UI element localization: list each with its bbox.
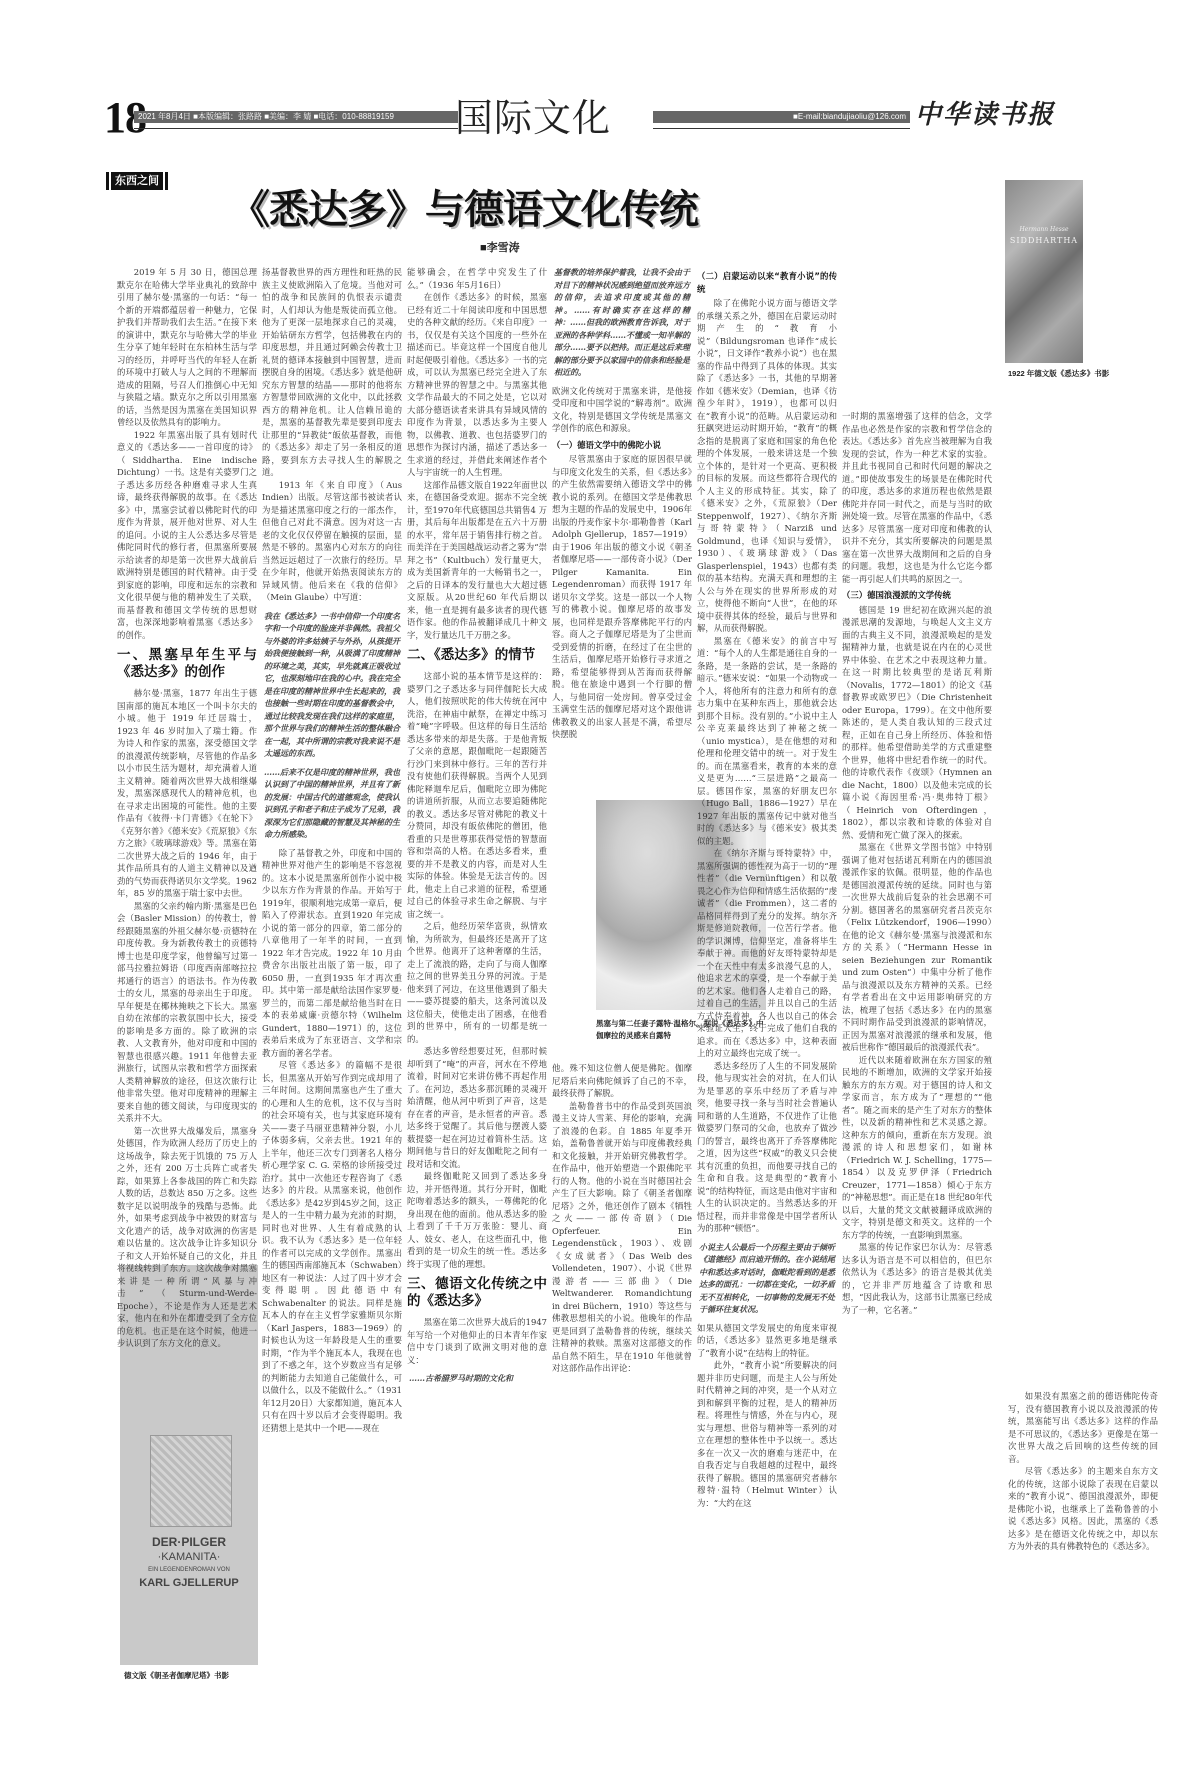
- paragraph: 德国是 19 世纪初在欧洲兴起的浪漫派思潮的发源地，与唤起人文主义方面的古典主义…: [842, 604, 992, 842]
- paragraph: 赫尔曼·黑塞，1877 年出生于德国南部的施瓦本地区一个叫卡尔夫的小城。他于 1…: [117, 687, 257, 900]
- paragraph: 如果从德国文学发展史的角度来审视的话，《悉达多》显然更多地是继承了“教育小说”在…: [697, 1322, 837, 1360]
- paragraph: 黑塞在《世界文学图书馆》中特别强调了他对包括诺瓦利斯在内的德国浪漫派作家的钦佩。…: [842, 841, 992, 1054]
- paragraph: 除了基督教之外，印度和中国的精神世界对他产生的影响是不容忽视的。这本小说是黑塞所…: [262, 847, 402, 1060]
- info-bar: 2021 年8月4日 ■本版编辑：张路路 ■美编：李 婧 ■电话：010-888…: [134, 111, 458, 123]
- text-column-4-continued: 他。殊不知这位僧人便是佛陀。伽摩尼塔后来向佛陀倾诉了自己的不幸，最终获得了解脱。…: [552, 1062, 692, 1782]
- tag-bar-left: [106, 172, 109, 190]
- section-heading: 二、《悉达多》的情节: [407, 647, 547, 664]
- paragraph: 除了在佛陀小说方面与德语文学的承继关系之外，德国在启蒙运动时期产生的“教育小说”…: [697, 297, 837, 635]
- paragraph: 2019 年 5 月 30 日，德国总理默克尔在哈佛大学毕业典礼的致辞中引用了赫…: [117, 266, 257, 429]
- image-caption: 1922 年德文版《悉达多》书影: [1008, 368, 1109, 379]
- paragraph: 这部作品德文版自1922年面世以来，在德国备受欢迎。据赤不完全统计，至1970年…: [407, 479, 547, 642]
- cover-title: SIDDHARTHA: [1005, 236, 1083, 245]
- header-rule-left: [134, 128, 458, 129]
- text-column-7: 如果没有黑塞之前的德语佛陀传奇写，没有德国教育小说以及浪漫派的传统，黑塞能写出《…: [1008, 1390, 1158, 1780]
- paragraph: 黑塞在第二次世界大战后的1947 年写给一个对他仰止的日本青年作家信中专门谈到了…: [407, 1316, 547, 1366]
- header-rule-right: [653, 128, 910, 129]
- subsection-heading: （二）启蒙运动以来“教育小说”的传统: [697, 270, 837, 295]
- newspaper-masthead: 中华读书报: [915, 100, 1055, 130]
- paragraph: 尽管《悉达多》的篇幅不是很长，但黑塞从开始写作到完成却用了三年时间。这期间黑塞也…: [262, 1059, 402, 1434]
- text-column-6: 一时期的黑塞增强了这样的信念，文学作品也必然是作家的宗教和哲学信念的表达。《悉达…: [842, 410, 992, 1780]
- paragraph: 尽管《悉达多》的主题来自东方文化的传统，这部小说除了表现在启蒙以来的“教育小说”…: [1008, 1465, 1158, 1553]
- text-column-4: 基督教的培养保护着我，让我不会由于对目下的精神状况感到绝望而放弃远方的信仰，去追…: [552, 266, 692, 796]
- paragraph: 他。殊不知这位僧人便是佛陀。伽摩尼塔后来向佛陀倾诉了自己的不幸，最终获得了解脱。: [552, 1062, 692, 1100]
- paragraph: 黑塞的父亲约翰内斯·黑塞是巴色会（Basler Mission）的传教士，曾经跟…: [117, 900, 257, 1125]
- paragraph: 黑塞在《德米安》的前言中写道：“每个人的人生都是通往自身的一条路，是一条路的尝试…: [697, 635, 837, 848]
- column-tag-label: 东西之间: [111, 172, 163, 190]
- siddhartha-cover-image: Hermann Hesse SIDDHARTHA: [1005, 180, 1083, 363]
- section-title: 国际文化: [455, 98, 611, 140]
- paragraph: 之后，他经历荣华富贵，纵情欢愉，为所欲为，但最终还是离开了这个世界。他离开了这种…: [407, 920, 547, 1045]
- paragraph: 在创作《悉达多》的时候，黑塞已经有近二十年阅读印度和中国思想史的各种文献的经历。…: [407, 291, 547, 479]
- paragraph: 这部小说的基本情节是这样的：婆罗门之子悉达多与同伴伽陀长大成人，他们按照吠陀的伟…: [407, 670, 547, 920]
- paragraph: 黑塞的传记作家巴尔认为：尽管悉达多认为语言是不可以相信的，但巴尔依然认为《悉达多…: [842, 1241, 992, 1316]
- block-quote: ……后来不仅是印度的精神世界，我也认识到了中国的精神世界，并且有了新的发展：中国…: [262, 766, 402, 841]
- column-tag: 东西之间: [106, 172, 168, 190]
- block-quote: 小说主人公最后一个历程主要由于倾听《道德经》而启迪开悟的。在小说结尾中和悉达多对…: [697, 1241, 837, 1316]
- subsection-heading: （一）德语文学中的佛陀小说: [552, 439, 692, 452]
- paragraph: 尽管黑塞由于家庭的原因很早就与印度文化发生的关系，但《悉达多》的产生依然需要纳入…: [552, 453, 692, 741]
- paragraph: 悉达多曾经想要过死，但那时候却听到了“唵”的声音，河水在不停地流着，时间对它来讲…: [407, 1045, 547, 1170]
- paragraph: 悉达多经历了人生的不同发展阶段，他与现实社会的对抗，在人们认为是罪恶的享乐中经历…: [697, 1060, 837, 1235]
- paragraph: 欧洲文化传统对于黑塞来讲，是他接受印度和中国学说的“解毒剂”。欧洲文化，特别是德…: [552, 385, 692, 435]
- paragraph: 能够确会，在哲学中究发生了什么。”（1936 年5月16日）: [407, 266, 547, 291]
- paragraph: 1922 年黑塞出版了具有划时代意义的《悉达多——一首印度的诗》（Siddhar…: [117, 429, 257, 642]
- email-bar: ■E-mail:biandujiaoliu@126.com: [653, 111, 910, 123]
- text-column-3: 能够确会，在哲学中究发生了什么。”（1936 年5月16日） 在创作《悉达多》的…: [407, 266, 547, 1781]
- tag-bar-right: [165, 172, 168, 190]
- paragraph: 近代以来随着欧洲在东方国家的殖民地的不断增加，欧洲的文学家开始接触东方的东方观。…: [842, 1054, 992, 1242]
- section-heading: 三、德语文化传统之中的《悉达多》: [407, 1276, 547, 1310]
- paragraph: 扬基督教世界的西方理性和旺热的民族主义使欧洲陷入了危境。当他对可怕的战争和民族间…: [262, 266, 402, 479]
- paragraph: 此外，“教育小说”所要解决的问题并非历史问题，而是主人公与所处时代精神之间的冲突…: [697, 1359, 837, 1509]
- block-quote: ……古希腊罗马时期的文化和: [407, 1372, 547, 1385]
- paragraph: 盖勒鲁普书中的作品受到英国浪漫主义诗人雪莱、拜伦的影响，充满了浪漫的色彩。自 1…: [552, 1100, 692, 1375]
- paragraph: 最终伽毗陀又回到了悉达多身边，并开悟得道。其行分开时，伽毗陀吻着悉达多的额头，一…: [407, 1170, 547, 1270]
- article-headline: 《悉达多》与德语文化传统: [230, 186, 698, 234]
- paragraph: 第一次世界大战爆发后，黑塞身处德国，作为欧洲人经历了历史上的这场战争，除去死于饥…: [117, 1125, 257, 1350]
- text-column-1: 2019 年 5 月 30 日，德国总理默克尔在哈佛大学毕业典礼的致辞中引用了赫…: [117, 266, 257, 1781]
- byline: ■李雪涛: [480, 239, 520, 255]
- subsection-heading: （三）德国浪漫派的文学传统: [842, 589, 992, 602]
- text-column-2: 扬基督教世界的西方理性和旺热的民族主义使欧洲陷入了危境。当他对可怕的战争和民族间…: [262, 266, 402, 1781]
- text-column-5: （二）启蒙运动以来“教育小说”的传统 除了在佛陀小说方面与德语文学的承继关系之外…: [697, 266, 837, 1781]
- paragraph: 1913 年《来自印度》（Aus Indien）出版。尽管这部书被读者认为是描述…: [262, 479, 402, 604]
- section-heading: 一、黑塞早年生平与《悉达多》的创作: [117, 647, 257, 681]
- paragraph: 一时期的黑塞增强了这样的信念，文学作品也必然是作家的宗教和哲学信念的表达。《悉达…: [842, 410, 992, 585]
- cover-author: Hermann Hesse: [1005, 226, 1083, 233]
- paragraph: 如果没有黑塞之前的德语佛陀传奇写，没有德国教育小说以及浪漫派的传统，黑塞能写出《…: [1008, 1390, 1158, 1465]
- block-quote: 基督教的培养保护着我，让我不会由于对目下的精神状况感到绝望而放弃远方的信仰，去追…: [552, 266, 692, 379]
- block-quote: 我在《悉达多》一书中信仰一个印度名字和一个印度的脸庞并非偶然。我祖父与外婆的许多…: [262, 610, 402, 760]
- paragraph: 在《纳尔齐斯与哥特蒙特》中，黑塞所强调的德性视为高于一切的“理性者”（die V…: [697, 847, 837, 1060]
